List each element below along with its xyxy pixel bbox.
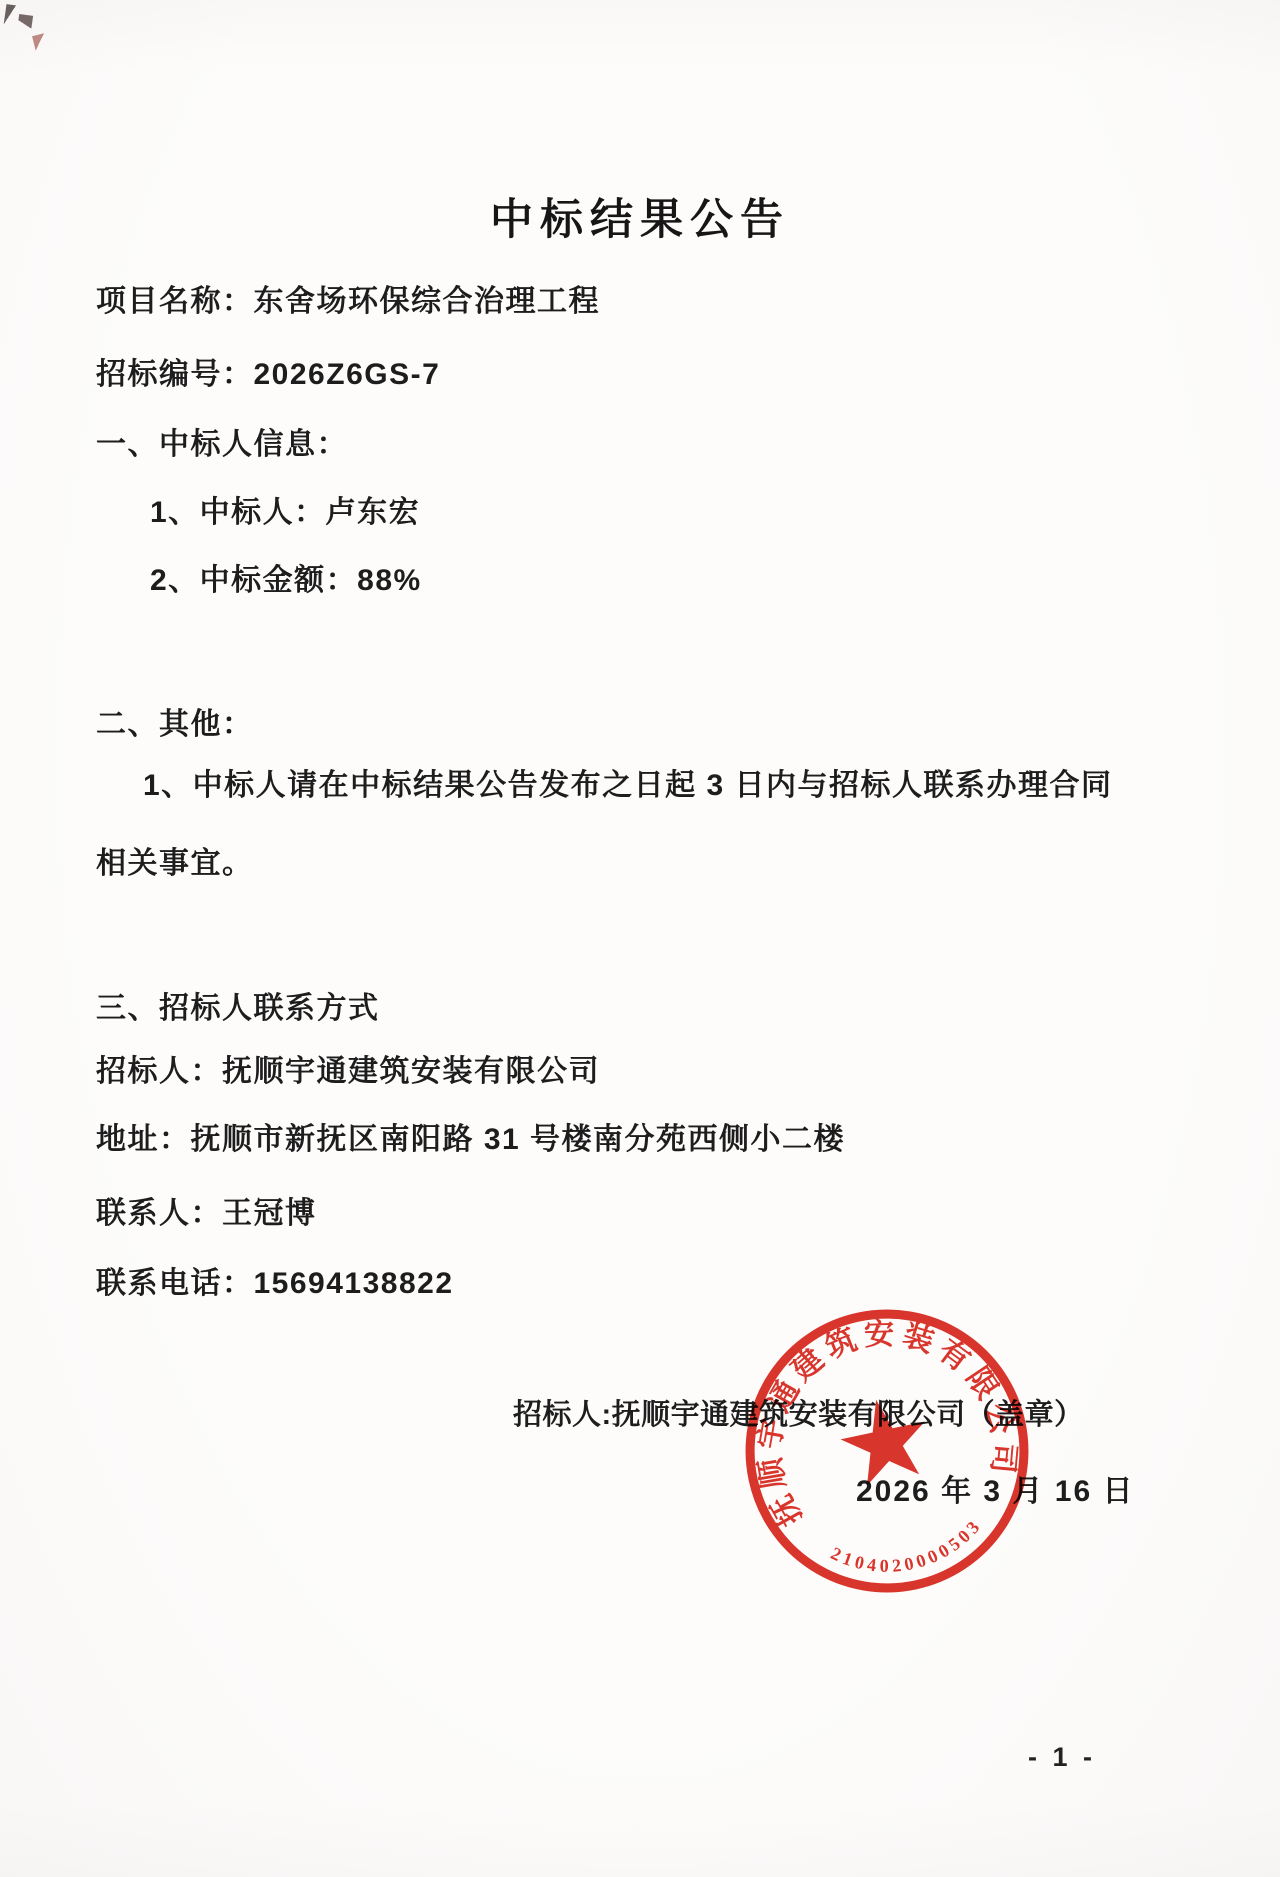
other-clause-line1: 1、中标人请在中标结果公告发布之日起 3 日内与招标人联系办理合同: [143, 760, 1113, 804]
seal-serial-number: 2104020000503: [824, 1512, 992, 1590]
other-clause-line2: 相关事宜。: [96, 838, 254, 882]
document-title: 中标结果公告: [0, 186, 1280, 247]
section3-heading: 三、招标人联系方式: [96, 983, 380, 1027]
seal-ring: [725, 1289, 1050, 1614]
winning-amount-line: 2、中标金额：88%: [150, 555, 422, 599]
signature-line: 招标人:抚顺宇通建筑安装有限公司（盖章）: [513, 1392, 1084, 1433]
section2-heading: 二、其他：: [96, 699, 254, 743]
svg-text:2104020000503: 2104020000503: [824, 1512, 992, 1590]
contact-phone-line: 联系电话：15694138822: [96, 1258, 454, 1302]
address-line: 地址：抚顺市新抚区南阳路 31 号楼南分苑西侧小二楼: [96, 1114, 845, 1158]
contact-person-line: 联系人：王冠博: [96, 1188, 317, 1232]
scan-artifact: [32, 32, 52, 53]
winner-name-line: 1、中标人：卢东宏: [150, 487, 420, 531]
scan-artifact: [2, 4, 36, 42]
document-page: 中标结果公告 项目名称：东舍场环保综合治理工程 招标编号：2026Z6GS-7 …: [0, 0, 1280, 1877]
page-number: - 1 -: [1028, 1742, 1096, 1773]
section1-heading: 一、中标人信息：: [96, 419, 348, 463]
tenderer-line: 招标人：抚顺宇通建筑安装有限公司: [96, 1046, 600, 1090]
date-line: 2026 年 3 月 16 日: [856, 1466, 1134, 1510]
project-name-line: 项目名称：东舍场环保综合治理工程: [96, 276, 600, 320]
official-seal: 抚顺宇通建筑安装有限公司 2104020000503: [708, 1272, 1066, 1630]
tender-number-line: 招标编号：2026Z6GS-7: [96, 349, 440, 393]
